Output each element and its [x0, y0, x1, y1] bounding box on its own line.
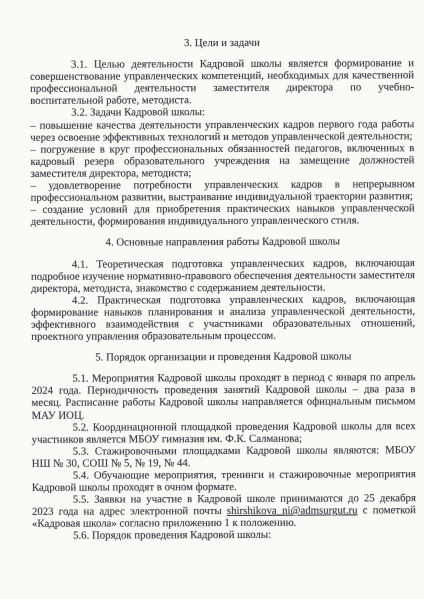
- heading-organization-order: 5. Порядок организации и проведения Кадр…: [31, 350, 415, 364]
- para-4-2-practical: 4.2. Практическая подготовка управленчес…: [31, 293, 415, 343]
- para-5-3-internship-sites: 5.3. Стажировочными площадками Кадровой …: [32, 444, 416, 470]
- para-4-1-theoretical: 4.1. Теоретическая подготовка управленче…: [31, 257, 415, 295]
- document-page: 3. Цели и задачи 3.1. Целью деятельности…: [0, 0, 424, 599]
- heading-main-directions: 4. Основные направления работы Кадровой …: [31, 236, 415, 250]
- list-item-quality-improvement: – повышение качества деятельности управл…: [30, 118, 414, 144]
- para-3-1-goal: 3.1. Целью деятельности Кадровой школы я…: [30, 57, 414, 107]
- para-5-5-applications: 5.5. Заявки на участие в Кадровой школе …: [32, 492, 416, 530]
- para-5-1-schedule: 5.1. Мероприятия Кадровой школы проходят…: [31, 371, 415, 421]
- email-link: shirshikova_ni@admsurgut.ru: [227, 505, 358, 518]
- para-5-2-coordination-site: 5.2. Координационной площадкой проведени…: [32, 420, 416, 446]
- list-item-continuous-development: – удовлетворение потребности управленчес…: [31, 178, 415, 204]
- list-item-immersion: – погружение в круг профессиональных обя…: [30, 142, 414, 180]
- scanned-text-block: 3. Цели и задачи 3.1. Целью деятельности…: [30, 36, 416, 542]
- list-item-practical-skills: – создание условий для приобретения прак…: [31, 202, 415, 228]
- heading-goals-tasks: 3. Цели и задачи: [30, 36, 414, 50]
- para-5-6-procedure-intro: 5.6. Порядок проведения Кадровой школы:: [32, 529, 416, 543]
- para-5-4-format: 5.4. Обучающие мероприятия, тренинги и с…: [32, 468, 416, 494]
